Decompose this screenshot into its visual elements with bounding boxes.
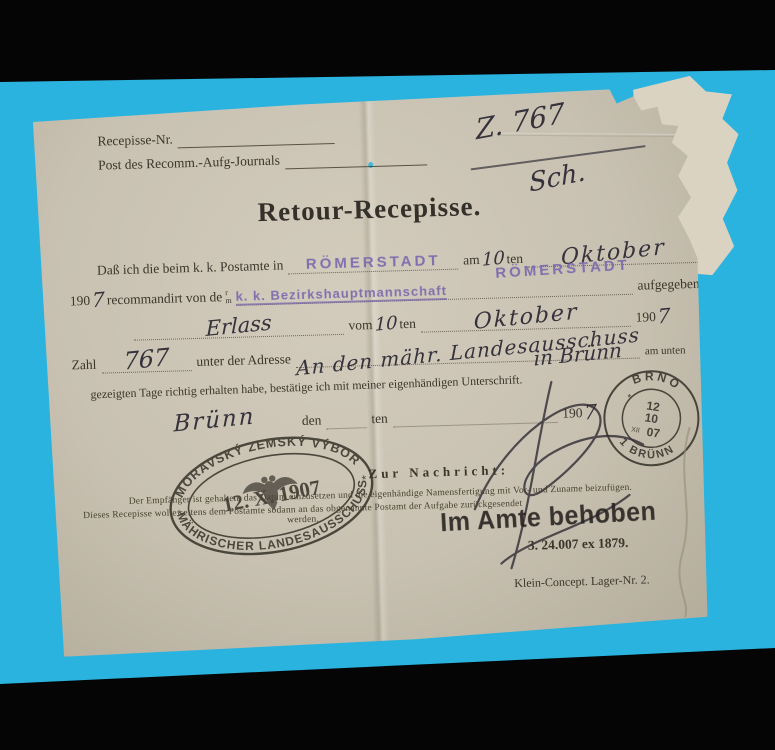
- line3-vom-label: vom: [346, 317, 374, 335]
- retour-recepisse-document: Recepisse-Nr. Post des Recomm.-Aufg-Jour…: [28, 87, 719, 658]
- line3-handwritten-word: Erlass: [206, 312, 272, 340]
- line3-ten-label: ten: [397, 316, 418, 334]
- recepisse-number-label: Recepisse-Nr.: [95, 131, 175, 150]
- journal-row: Post des Recomm.-Aufg-Journals: [96, 148, 430, 174]
- photo-of-document: Recepisse-Nr. Post des Recomm.-Aufg-Jour…: [0, 0, 775, 750]
- line3-day-handwritten: 10: [374, 314, 397, 334]
- line1-am-label: am: [461, 252, 482, 270]
- line2-year-printed: 190: [68, 293, 93, 311]
- recepisse-number-row: Recepisse-Nr.: [95, 127, 337, 151]
- line4-number-blank: 767: [101, 346, 192, 374]
- line3-year-handwritten: 7: [658, 305, 671, 326]
- line2-text: recommandirt von de: [105, 289, 225, 309]
- recepisse-number-blank: [178, 143, 335, 148]
- journal-label: Post des Recomm.-Aufg-Journals: [96, 152, 282, 174]
- line4-unter-label: unter der Adresse: [194, 351, 293, 371]
- line2-alternative-letters: rm: [224, 289, 233, 306]
- handwritten-ref-number: Z. 767: [475, 99, 565, 144]
- line4-am-unten-label: am unten: [643, 344, 688, 358]
- line2-year-handwritten: 7: [92, 289, 105, 310]
- alt-bottom: m: [225, 297, 231, 305]
- journal-blank: [285, 164, 427, 169]
- form-reference: 3. 24.007 ex 1879.: [528, 535, 629, 554]
- line4-number-handwritten: 767: [123, 345, 169, 374]
- line4-zahl-label: Zahl: [69, 357, 98, 375]
- line2-aufgegeben-label: aufgegeben: [635, 276, 702, 295]
- pencil-stroke: [675, 427, 695, 617]
